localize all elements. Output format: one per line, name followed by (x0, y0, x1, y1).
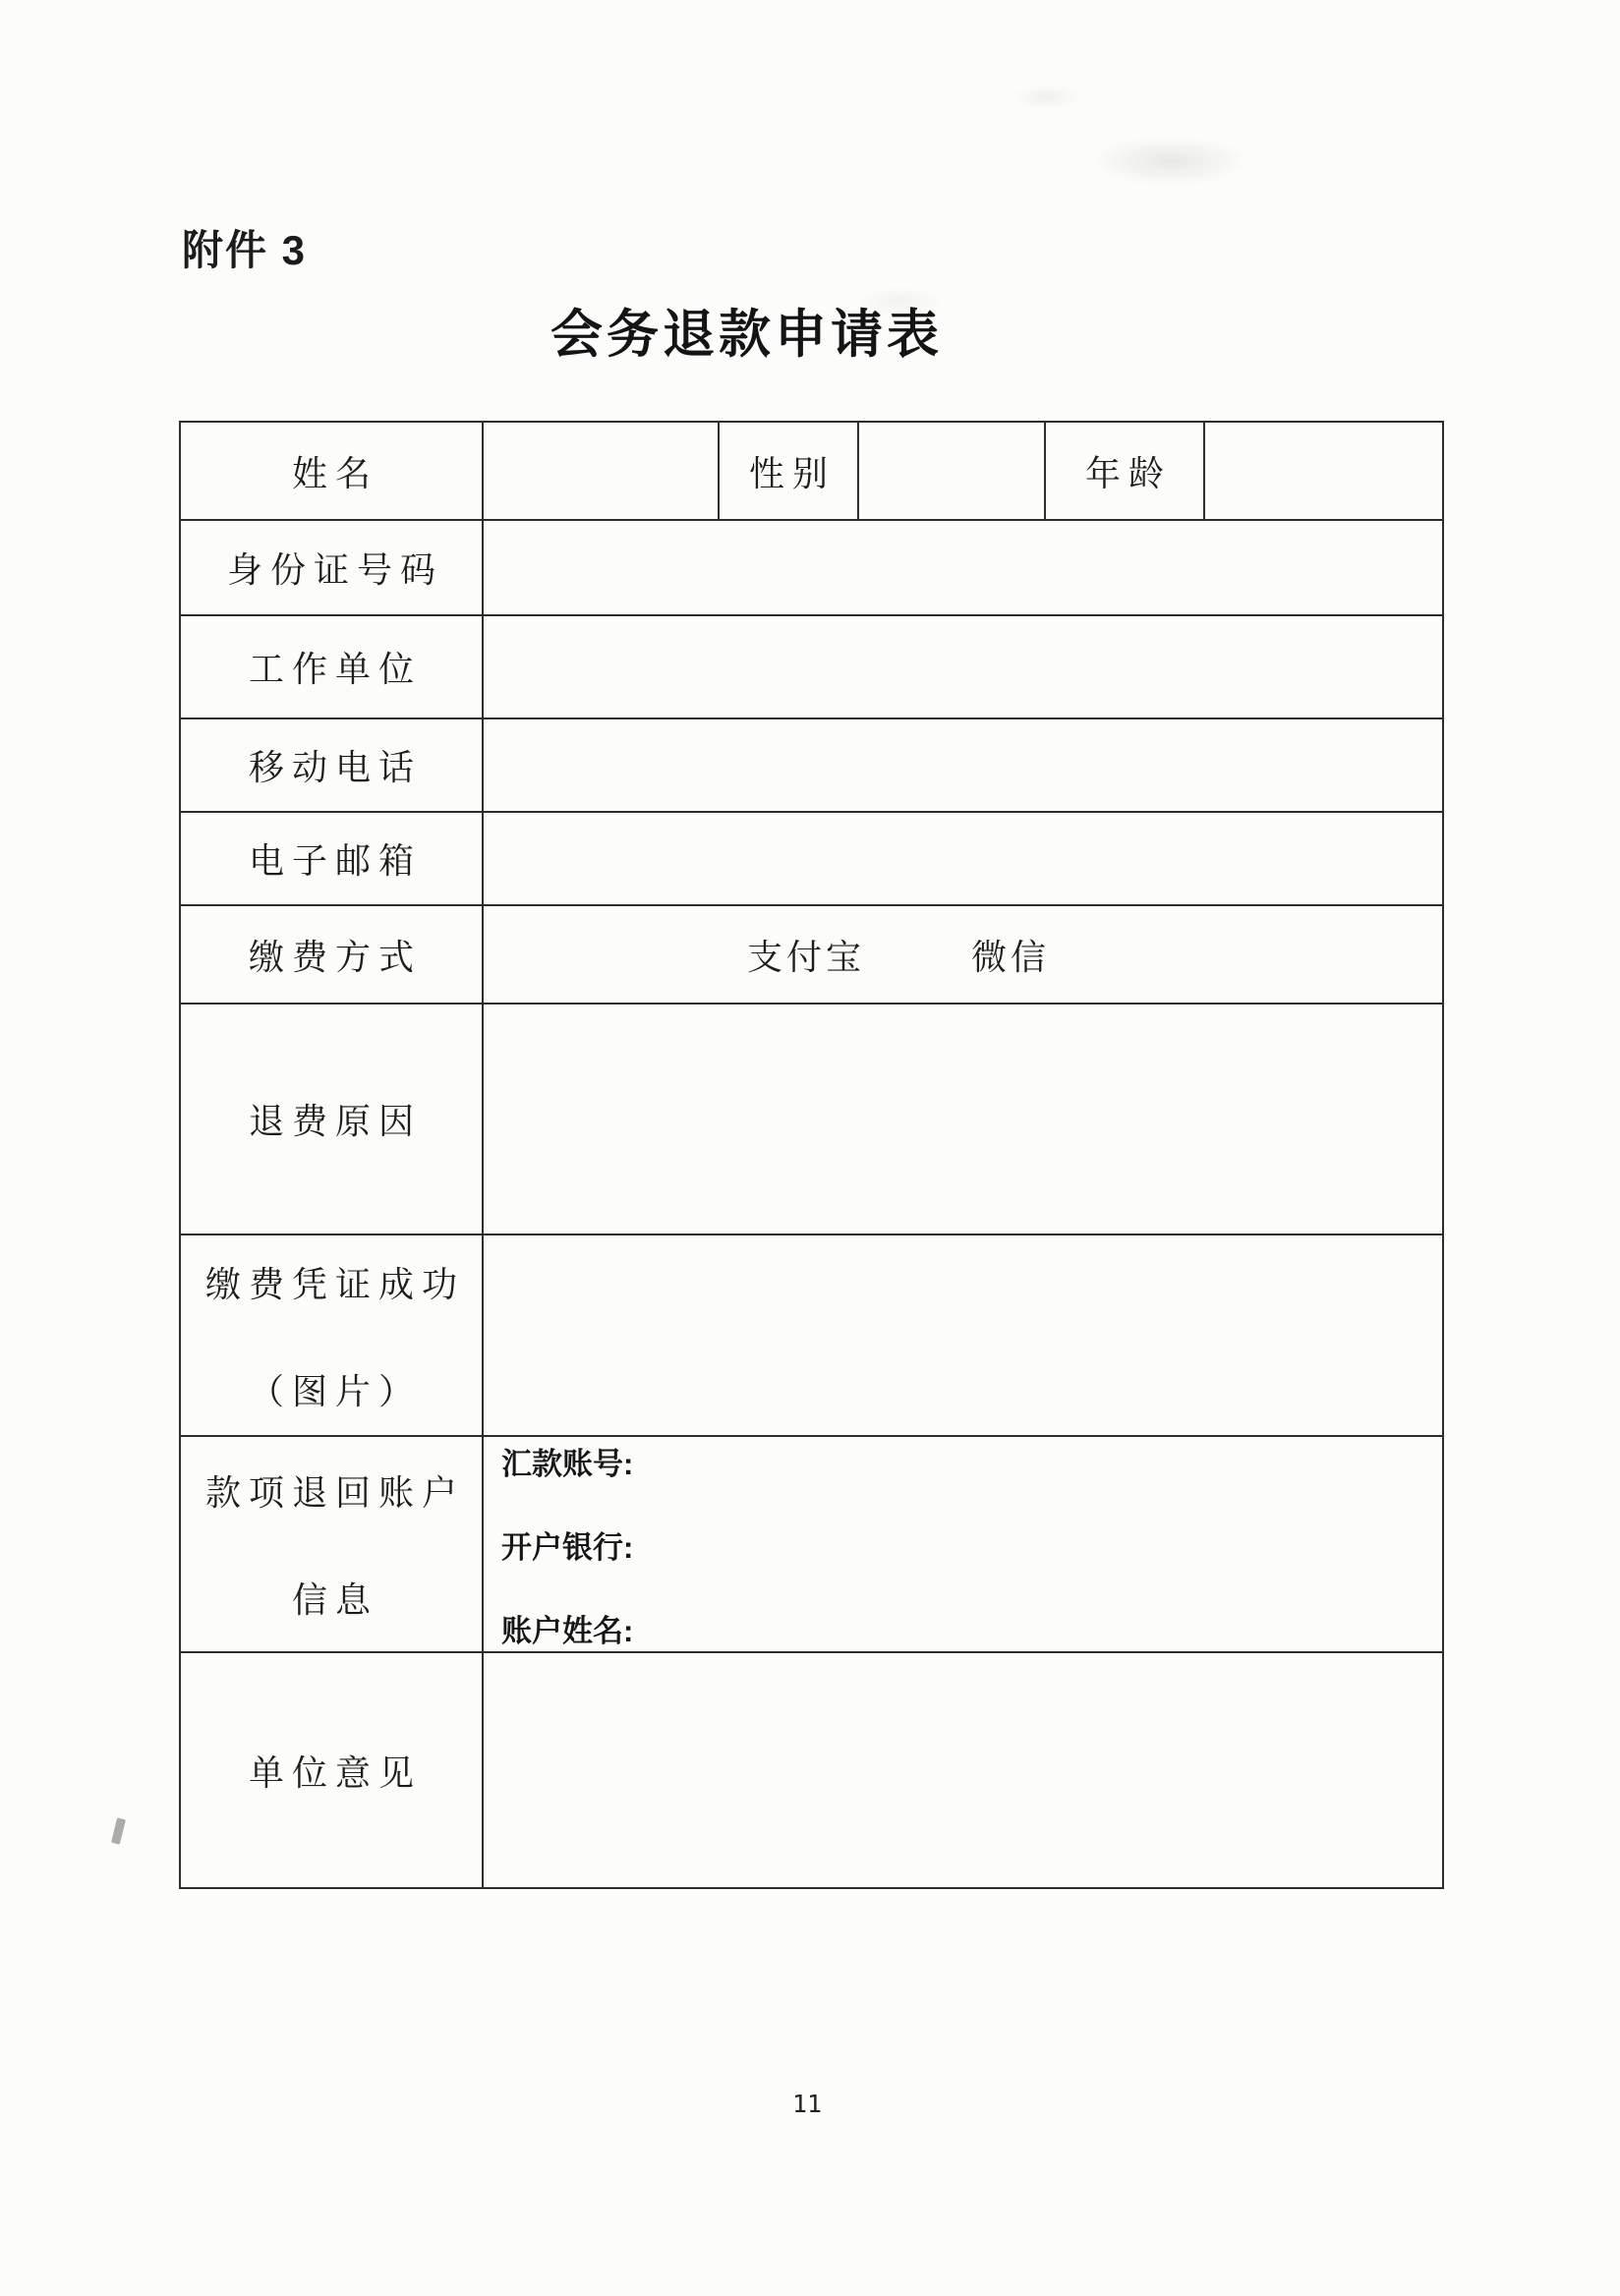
scan-mark (111, 1817, 126, 1844)
refund-account-fields-cell: 汇款账号: 开户银行: 账户姓名: (483, 1436, 1443, 1652)
refund-reason-label-cell: 退费原因 (180, 1004, 483, 1234)
mobile-value-cell (483, 718, 1443, 812)
mobile-label-cell: 移动电话 (180, 718, 483, 812)
table-row-unit-opinion: 单位意见 (180, 1652, 1443, 1888)
page-number: 11 (792, 2090, 822, 2118)
unit-opinion-label-cell: 单位意见 (180, 1652, 483, 1888)
payment-method-value-cell: 支付宝 微信 (483, 905, 1443, 1004)
payment-options: 支付宝 微信 (484, 930, 1442, 980)
document-page: 附件 3 会务退款申请表 姓名 性别 年龄 身份证号码 工作单位 移动电话 (0, 0, 1620, 2296)
refund-account-label-line2: 信息 (284, 1573, 378, 1623)
refund-application-table: 姓名 性别 年龄 身份证号码 工作单位 移动电话 电子邮箱 缴费方式 (179, 421, 1444, 1889)
attachment-label: 附件 3 (182, 218, 307, 277)
form-title: 会务退款申请表 (550, 293, 943, 368)
bank-field-label: 开户银行: (501, 1522, 633, 1567)
age-value-cell (1204, 422, 1443, 520)
refund-account-label-cell: 款项退回账户 信息 (180, 1436, 483, 1652)
email-value-cell (483, 812, 1443, 905)
refund-account-label-line1: 款项退回账户 (198, 1465, 465, 1516)
table-row-mobile: 移动电话 (180, 718, 1443, 812)
refund-reason-value-cell (483, 1004, 1443, 1234)
table-row-email: 电子邮箱 (180, 812, 1443, 905)
name-value-cell (483, 422, 719, 520)
payment-method-label-cell: 缴费方式 (180, 905, 483, 1004)
unit-opinion-value-cell (483, 1652, 1443, 1888)
refund-account-fields: 汇款账号: 开户银行: 账户姓名: (484, 1439, 1442, 1650)
employer-label-cell: 工作单位 (180, 615, 483, 718)
table-row-name-gender-age: 姓名 性别 年龄 (180, 422, 1443, 520)
scan-smudge (1012, 85, 1081, 110)
table-row-payment-method: 缴费方式 支付宝 微信 (180, 905, 1443, 1004)
payment-proof-label-line2: （图片） (241, 1364, 422, 1414)
table-row-payment-proof: 缴费凭证成功 （图片） (180, 1234, 1443, 1436)
id-number-label-cell: 身份证号码 (180, 520, 483, 615)
payment-proof-label-line1: 缴费凭证成功 (198, 1257, 465, 1307)
gender-value-cell (858, 422, 1045, 520)
refund-account-label: 款项退回账户 信息 (181, 1465, 482, 1623)
account-holder-field-label: 账户姓名: (501, 1606, 633, 1650)
gender-label-cell: 性别 (719, 422, 858, 520)
id-number-value-cell (483, 520, 1443, 615)
email-label-cell: 电子邮箱 (180, 812, 483, 905)
payment-proof-label: 缴费凭证成功 （图片） (181, 1257, 482, 1414)
payment-option-wechat: 微信 (971, 938, 1050, 977)
age-label-cell: 年龄 (1045, 422, 1204, 520)
payment-proof-label-cell: 缴费凭证成功 （图片） (180, 1234, 483, 1436)
employer-value-cell (483, 615, 1443, 718)
remittance-account-field-label: 汇款账号: (501, 1439, 633, 1483)
table-row-id-number: 身份证号码 (180, 520, 1443, 615)
scan-smudge (1091, 136, 1248, 187)
name-label-cell: 姓名 (180, 422, 483, 520)
table-row-refund-account: 款项退回账户 信息 汇款账号: 开户银行: 账户姓名: (180, 1436, 1443, 1652)
table-row-employer: 工作单位 (180, 615, 1443, 718)
table-row-refund-reason: 退费原因 (180, 1004, 1443, 1234)
payment-proof-value-cell (483, 1234, 1443, 1436)
payment-option-alipay: 支付宝 (747, 938, 865, 977)
